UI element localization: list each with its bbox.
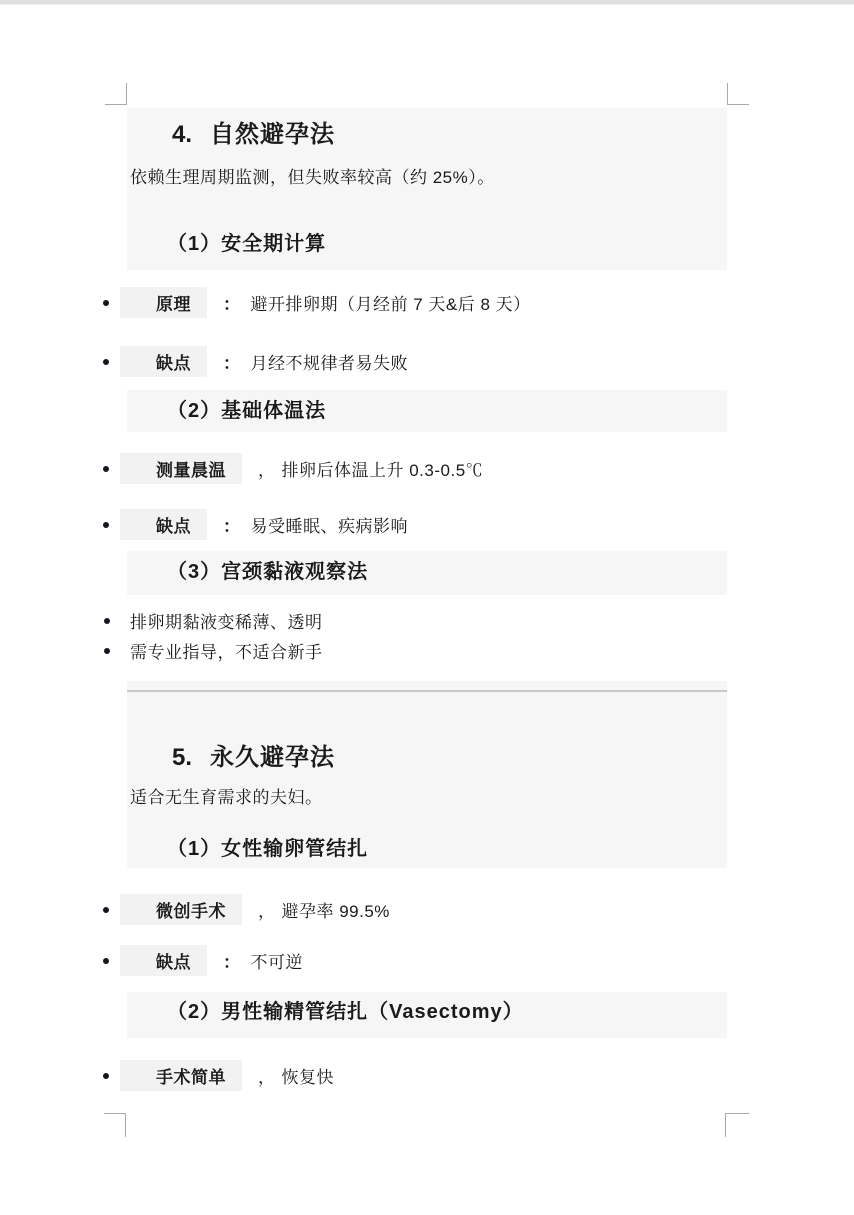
bullet-text: 不可逆 [251,948,304,973]
margin-crop-mark-bottom-right [725,1113,749,1137]
bullet-separator: ： [223,349,241,374]
section5-title: 永久避孕法 [210,744,335,771]
bullet-text: 排卵期黏液变稀薄、透明 [130,608,323,633]
bullet-needs-guidance[interactable]: 需专业指导，不适合新手 [104,638,323,663]
bullet-term: 缺点 [120,346,207,377]
bullet-text: 排卵后体温上升 0.3-0.5℃ [282,456,484,481]
bullet-separator: ： [223,512,241,537]
section5-subheading-1[interactable]: （1）女性输卵管结扎 [167,836,368,862]
section4-subheading-1[interactable]: （1）安全期计算 [167,231,326,257]
section4-subheading-3[interactable]: （3）宫颈黏液观察法 [167,559,368,585]
bullet-term: 缺点 [120,945,207,976]
margin-crop-mark-bottom-left [104,1113,126,1137]
bullet-minimally-invasive[interactable]: 微创手术 ， 避孕率 99.5% [103,894,390,925]
bullet-drawback-1[interactable]: 缺点 ： 月经不规律者易失败 [103,346,408,377]
bullet-separator: ： [223,948,241,973]
bullet-dot [103,466,109,472]
window-top-strip [0,0,854,5]
bullet-term: 原理 [120,287,207,318]
bullet-morning-temp[interactable]: 测量晨温 ， 排卵后体温上升 0.3-0.5℃ [103,453,483,484]
margin-crop-mark-top-left [105,83,127,105]
section5-heading[interactable]: 5.永久避孕法 [172,744,335,773]
bullet-text: 避孕率 99.5% [282,897,390,922]
bullet-term: 手术简单 [120,1060,242,1091]
bullet-text: 需专业指导，不适合新手 [130,638,323,663]
bullet-text: 易受睡眠、疾病影响 [251,512,409,537]
bullet-term: 缺点 [120,509,207,540]
section5-subheading-2[interactable]: （2）男性输精管结扎（Vasectomy） [167,999,524,1025]
section4-intro[interactable]: 依赖生理周期监测，但失败率较高（约 25%）。 [130,167,495,189]
section5-number: 5. [172,744,192,771]
margin-crop-mark-top-right [727,83,749,105]
bullet-simple-surgery[interactable]: 手术简单 ， 恢复快 [103,1060,334,1091]
bullet-dot [103,907,109,913]
bullet-dot [104,648,110,654]
bullet-dot [103,1073,109,1079]
bullet-dot [103,522,109,528]
document-page[interactable]: 4.自然避孕法 依赖生理周期监测，但失败率较高（约 25%）。 （1）安全期计算… [0,0,854,1215]
bullet-text: 避开排卵期（月经前 7 天&后 8 天） [251,290,531,315]
bullet-term: 微创手术 [120,894,242,925]
bullet-drawback-3[interactable]: 缺点 ： 不可逆 [103,945,303,976]
bullet-separator: ： [223,290,241,315]
bullet-separator: ， [258,456,276,481]
bullet-separator: ， [258,1063,276,1088]
section4-number: 4. [172,121,192,148]
section4-title: 自然避孕法 [210,121,335,148]
bullet-text: 恢复快 [282,1063,335,1088]
bullet-principle[interactable]: 原理 ： 避开排卵期（月经前 7 天&后 8 天） [103,287,531,318]
bullet-dot [103,300,109,306]
section5-intro[interactable]: 适合无生育需求的夫妇。 [130,787,323,809]
bullet-term: 测量晨温 [120,453,242,484]
section4-subheading-2[interactable]: （2）基础体温法 [167,398,326,424]
horizontal-rule [127,690,727,692]
section4-heading[interactable]: 4.自然避孕法 [172,121,335,150]
bullet-dot [104,618,110,624]
bullet-separator: ， [258,897,276,922]
bullet-text: 月经不规律者易失败 [251,349,409,374]
bullet-mucus-thin[interactable]: 排卵期黏液变稀薄、透明 [104,608,323,633]
bullet-drawback-2[interactable]: 缺点 ： 易受睡眠、疾病影响 [103,509,408,540]
bullet-dot [103,958,109,964]
bullet-dot [103,359,109,365]
